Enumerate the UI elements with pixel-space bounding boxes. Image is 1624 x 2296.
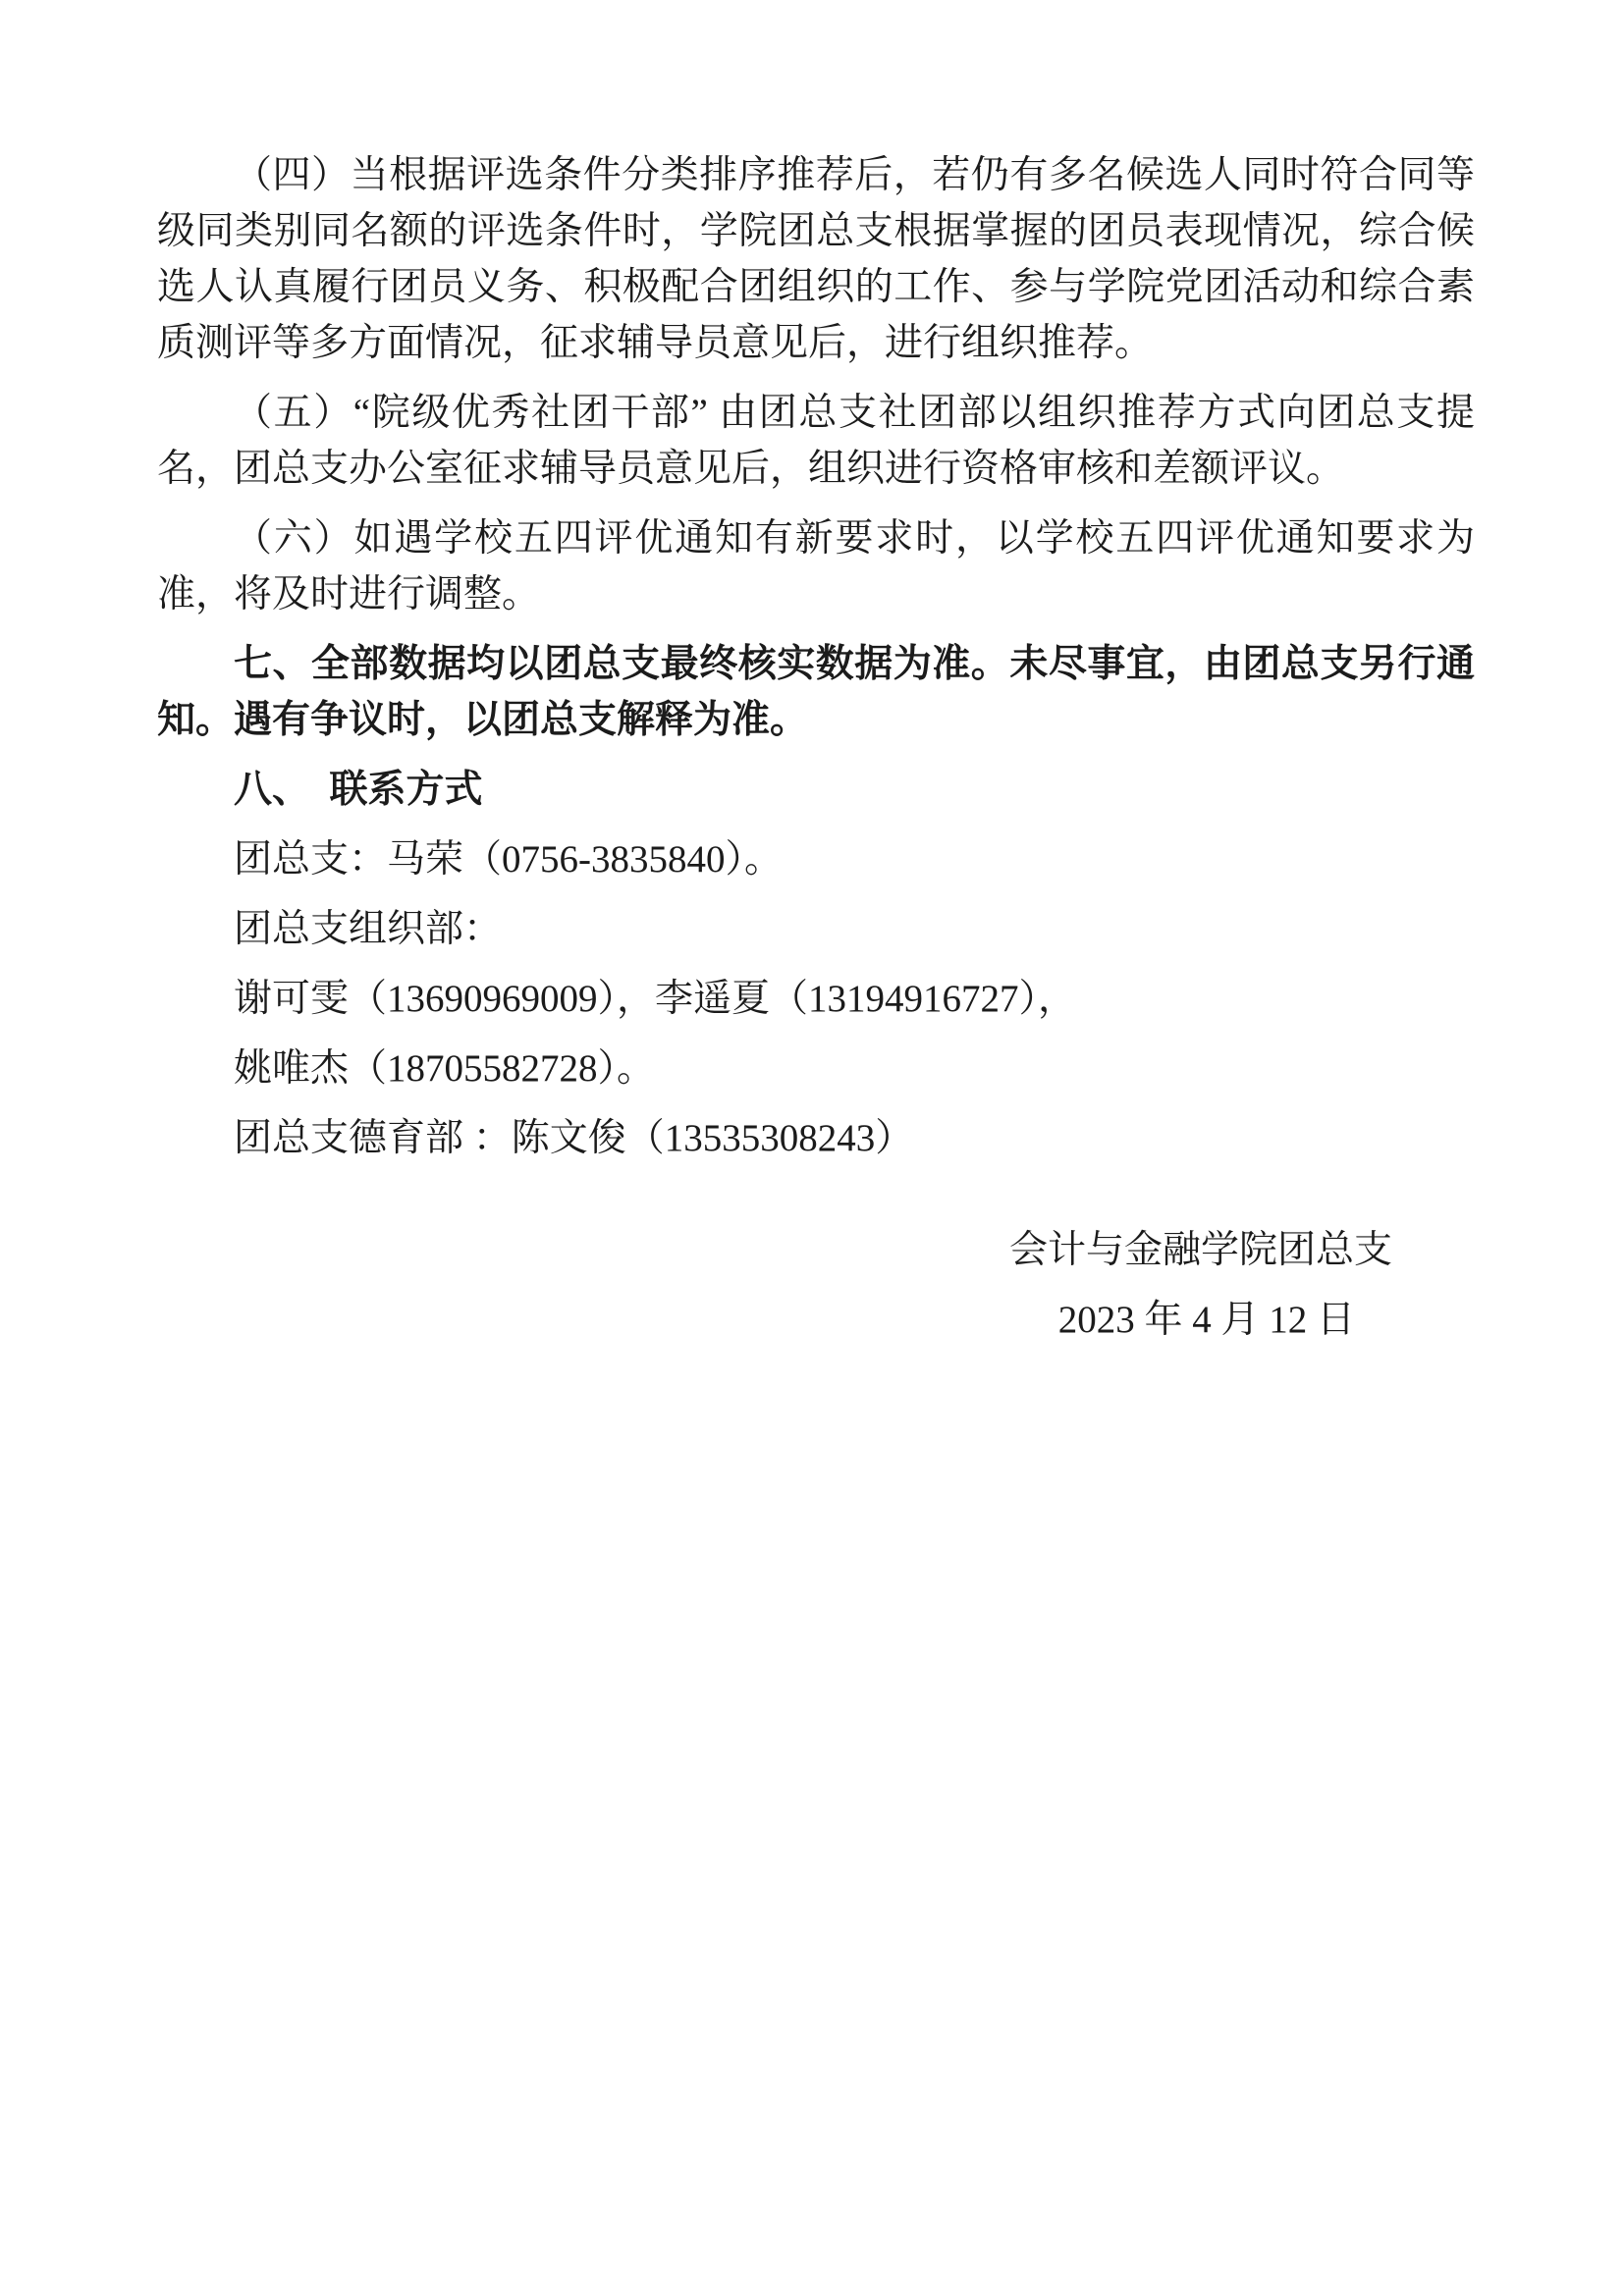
contact-org-dept-members-line2: 姚唯杰（18705582728）。 bbox=[157, 1041, 1475, 1096]
signature-date: 2023 年 4 月 12 日 bbox=[157, 1292, 1475, 1348]
signature-organization: 会计与金融学院团总支 bbox=[157, 1222, 1475, 1278]
contact-league-secretary: 团总支：马荣（0756-3835840）。 bbox=[157, 831, 1475, 887]
contact-org-dept-label: 团总支组织部： bbox=[157, 901, 1475, 957]
heading-contact-info: 八、 联系方式 bbox=[157, 762, 1475, 818]
contact-org-dept-members-line1: 谢可雯（13690969009），李遥夏（13194916727）， bbox=[157, 971, 1475, 1027]
document-page: （四）当根据评选条件分类排序推荐后，若仍有多名候选人同时符合同等级同类别同名额的… bbox=[0, 0, 1624, 2296]
paragraph-item-4: （四）当根据评选条件分类排序推荐后，若仍有多名候选人同时符合同等级同类别同名额的… bbox=[157, 147, 1475, 371]
paragraph-item-6: （六）如遇学校五四评优通知有新要求时，以学校五四评优通知要求为准，将及时进行调整… bbox=[157, 510, 1475, 622]
paragraph-item-7: 七、全部数据均以团总支最终核实数据为准。未尽事宜，由团总支另行通知。遇有争议时，… bbox=[157, 636, 1475, 748]
paragraph-item-5: （五）“院级优秀社团干部” 由团总支社团部以组织推荐方式向团总支提名，团总支办公… bbox=[157, 385, 1475, 497]
contact-moral-dept: 团总支德育部 ：陈文俊（13535308243） bbox=[157, 1110, 1475, 1166]
signature-block: 会计与金融学院团总支 2023 年 4 月 12 日 bbox=[157, 1222, 1475, 1348]
